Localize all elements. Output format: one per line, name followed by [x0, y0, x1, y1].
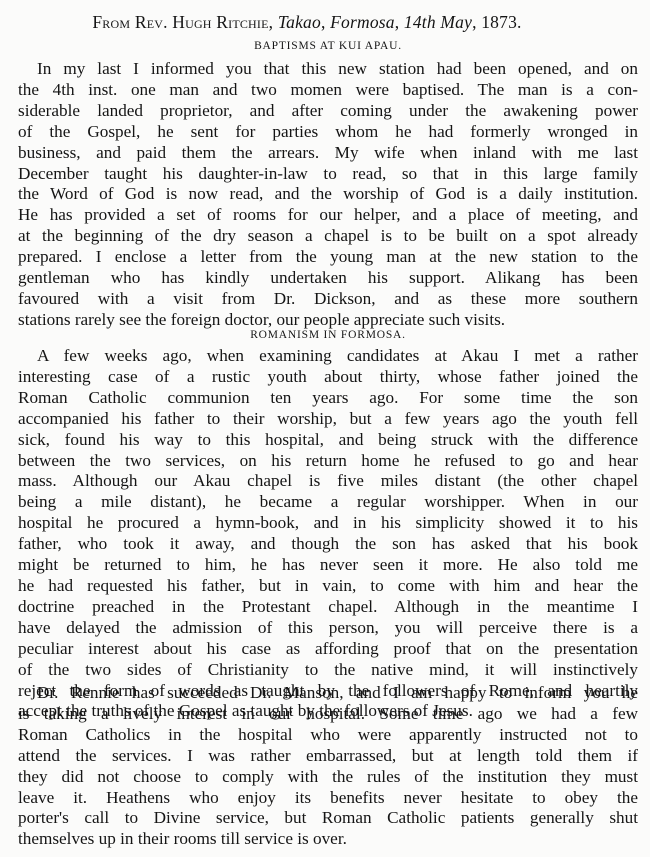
text-line: Roman Catholic communion ten years ago. …: [18, 388, 638, 409]
paragraph-baptisms: In my last I informed you that this new …: [18, 59, 638, 331]
letter-heading: From Rev. Hugh Ritchie, Takao, Formosa, …: [0, 12, 632, 33]
text-line: He has provided a set of rooms for our h…: [18, 205, 638, 226]
text-line: prepared. I enclose a letter from the yo…: [18, 247, 638, 268]
text-line: the Word of God is now read, and the wor…: [18, 184, 638, 205]
text-line: December taught his daughter-in-law to r…: [18, 164, 638, 185]
text-line: have delayed the admission of this perso…: [18, 618, 638, 639]
text-line: sick, found his way to this hospital, an…: [18, 430, 638, 451]
text-line: attend the services. I was rather embarr…: [18, 746, 638, 767]
heading-region: Formosa: [330, 12, 395, 32]
text-line: the 4th inst. one man and two momen were…: [18, 80, 638, 101]
text-line: A few weeks ago, when examining candidat…: [18, 346, 638, 367]
text-line: stations rarely see the foreign doctor, …: [18, 310, 638, 331]
text-line: father, who took it away, and though the…: [18, 534, 638, 555]
heading-from: From Rev. Hugh Ritchie: [92, 12, 268, 32]
text-line: business, and paid them the arrears. My …: [18, 143, 638, 164]
text-line: being a mile distant), he became a regul…: [18, 492, 638, 513]
section-title-baptisms: BAPTISMS AT KUI APAU.: [18, 40, 638, 52]
heading-year: 1873: [481, 12, 517, 32]
text-line: Dr. Rennie has succeeded Dr. Manson, and…: [18, 683, 638, 704]
text-line: hospital he procured a hymn-book, and in…: [18, 513, 638, 534]
text-line: peculiar interest about his case as affo…: [18, 639, 638, 660]
text-line: he had requested his father, but in vain…: [18, 576, 638, 597]
text-line: at the beginning of the dry season a cha…: [18, 226, 638, 247]
text-line: porter's call to Divine service, but Rom…: [18, 808, 638, 829]
text-line: doctrine preached in the Protestant chap…: [18, 597, 638, 618]
text-line: is taking a lively interest in our hospi…: [18, 704, 638, 725]
text-line: leave it. Heathens who enjoy its benefit…: [18, 788, 638, 809]
text-line: mass. Although our Akau chapel is five m…: [18, 471, 638, 492]
text-line: In my last I informed you that this new …: [18, 59, 638, 80]
text-line: of the two sides of Christianity to the …: [18, 660, 638, 681]
paragraph-rennie-continued: porter's call to Divine service, but Rom…: [18, 808, 638, 850]
paragraph-romanism: A few weeks ago, when examining candidat…: [18, 346, 638, 722]
text-line: of the Gospel, he sent for parties whom …: [18, 122, 638, 143]
heading-place: Takao: [278, 12, 321, 32]
heading-date: 14th May: [404, 12, 472, 32]
paragraph-rennie: Dr. Rennie has succeeded Dr. Manson, and…: [18, 683, 638, 808]
text-line: themselves up in their rooms till servic…: [18, 829, 638, 850]
text-line: might be returned to him, he has never s…: [18, 555, 638, 576]
text-line: interesting case of a rustic youth about…: [18, 367, 638, 388]
text-line: gentleman who has kindly undertaken his …: [18, 268, 638, 289]
section-title-romanism: ROMANISM IN FORMOSA.: [18, 329, 638, 341]
text-line: they did not choose to comply with the r…: [18, 767, 638, 788]
text-line: siderable landed proprietor, and after c…: [18, 101, 638, 122]
text-line: between the two services, on his return …: [18, 451, 638, 472]
text-line: favoured with a visit from Dr. Dickson, …: [18, 289, 638, 310]
text-line: accompanied his father to their worship,…: [18, 409, 638, 430]
text-line: Roman Catholics in the hospital who were…: [18, 725, 638, 746]
